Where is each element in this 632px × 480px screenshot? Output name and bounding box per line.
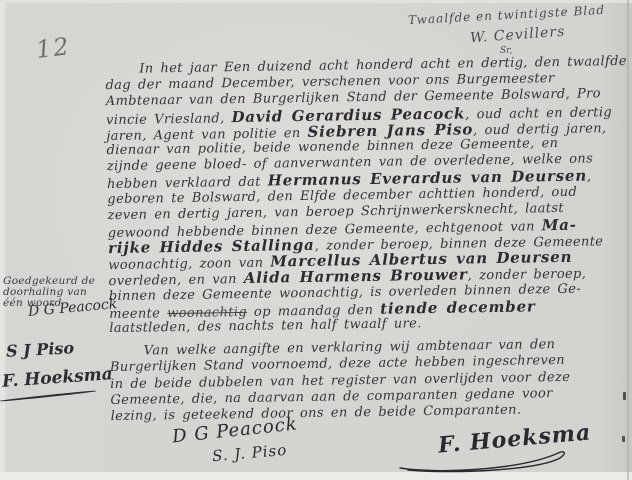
scan-artifact <box>622 436 625 442</box>
signature-piso: S. J. Piso <box>211 441 288 465</box>
margin-signature-hoeksma: F. Hoeksma <box>1 364 113 392</box>
margin-signature-flourish <box>0 390 96 402</box>
signature-underline-flourish <box>398 444 578 474</box>
scan-edge-left <box>0 0 5 480</box>
death-date: tiende december <box>380 297 536 317</box>
scan-edge-top <box>0 0 632 3</box>
top-right-pencil-suffix: Sr, <box>500 46 512 56</box>
top-right-pencil-signature: W. Cevillers <box>470 24 566 47</box>
top-right-pencil-note: Twaalfde en twintigste Blad <box>408 3 606 27</box>
body-text: , <box>587 170 592 185</box>
page-number: 12 <box>34 32 72 64</box>
act-body-text: In het jaar Een duizend acht honderd ach… <box>105 54 629 425</box>
scanned-document-page: 12 Twaalfde en twintigste Blad W. Cevill… <box>0 0 632 480</box>
person-name-spouse: Ma- <box>542 216 577 235</box>
margin-signature-piso: S J Piso <box>6 338 75 361</box>
